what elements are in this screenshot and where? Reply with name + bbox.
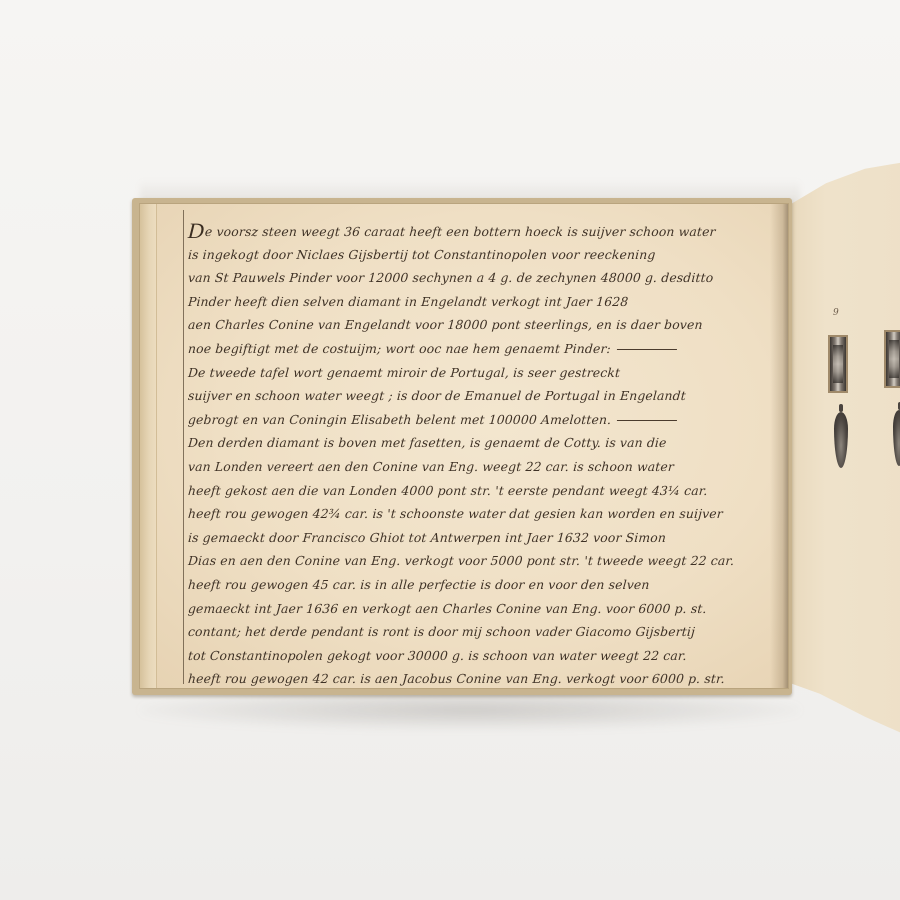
manuscript-line: heeft rou gewogen 45 car. is in alle per… (187, 573, 785, 597)
book-drop-shadow (140, 690, 800, 730)
manuscript-line: heeft gekost aen die van Londen 4000 pon… (187, 479, 785, 503)
manuscript-line: is gemaeckt door Francisco Ghiot tot Ant… (187, 526, 785, 550)
page-fore-edge (140, 204, 157, 688)
manuscript-line: heeft rou gewogen 42 car. is aen Jacobus… (187, 667, 785, 691)
manuscript-line: suijver en schoon water weegt ; is door … (187, 384, 785, 408)
manuscript-line: gemaeckt int Jaer 1636 en verkogt aen Ch… (187, 597, 785, 621)
manuscript-line: tot Constantinopolen gekogt voor 30000 g… (187, 644, 785, 668)
manuscript-line: contant; het derde pendant is ront is do… (187, 620, 785, 644)
manuscript-line: Dias en aen den Conine van Eng. verkogt … (187, 549, 785, 573)
margin-rule-line (183, 210, 184, 684)
table-cut-diamond-illustration (884, 330, 900, 388)
handwritten-text-block: De voorsz steen weegt 36 caraat heeft ee… (188, 219, 784, 691)
page-annotation-mark: 9 (833, 308, 839, 318)
manuscript-line: gebrogt en van Coningin Elisabeth belent… (187, 408, 785, 432)
table-cut-diamond-illustration (828, 335, 848, 393)
manuscript-line: Pinder heeft dien selven diamant in Enge… (187, 290, 785, 314)
manuscript-line: De voorsz steen weegt 36 caraat heeft ee… (187, 219, 785, 243)
decorated-initial: D (187, 219, 205, 243)
manuscript-line: aen Charles Conine van Engelandt voor 18… (187, 313, 785, 337)
manuscript-line: heeft rou gewogen 42¾ car. is 't schoons… (187, 502, 785, 526)
manuscript-line: Den derden diamant is boven met fasetten… (187, 431, 785, 455)
manuscript-line: noe begiftigt met de costuijm; wort ooc … (187, 337, 785, 361)
manuscript-line: van St Pauwels Pinder voor 12000 sechyne… (187, 266, 785, 290)
manuscript-line: De tweede tafel wort genaemt miroir de P… (187, 361, 785, 385)
photograph-stage: De voorsz steen weegt 36 caraat heeft ee… (0, 0, 900, 900)
left-manuscript-page: De voorsz steen weegt 36 caraat heeft ee… (139, 203, 789, 689)
manuscript-line: van Londen vereert aen den Conine van En… (187, 455, 785, 479)
manuscript-line: is ingekogt door Niclaes Gijsbertij tot … (187, 243, 785, 267)
